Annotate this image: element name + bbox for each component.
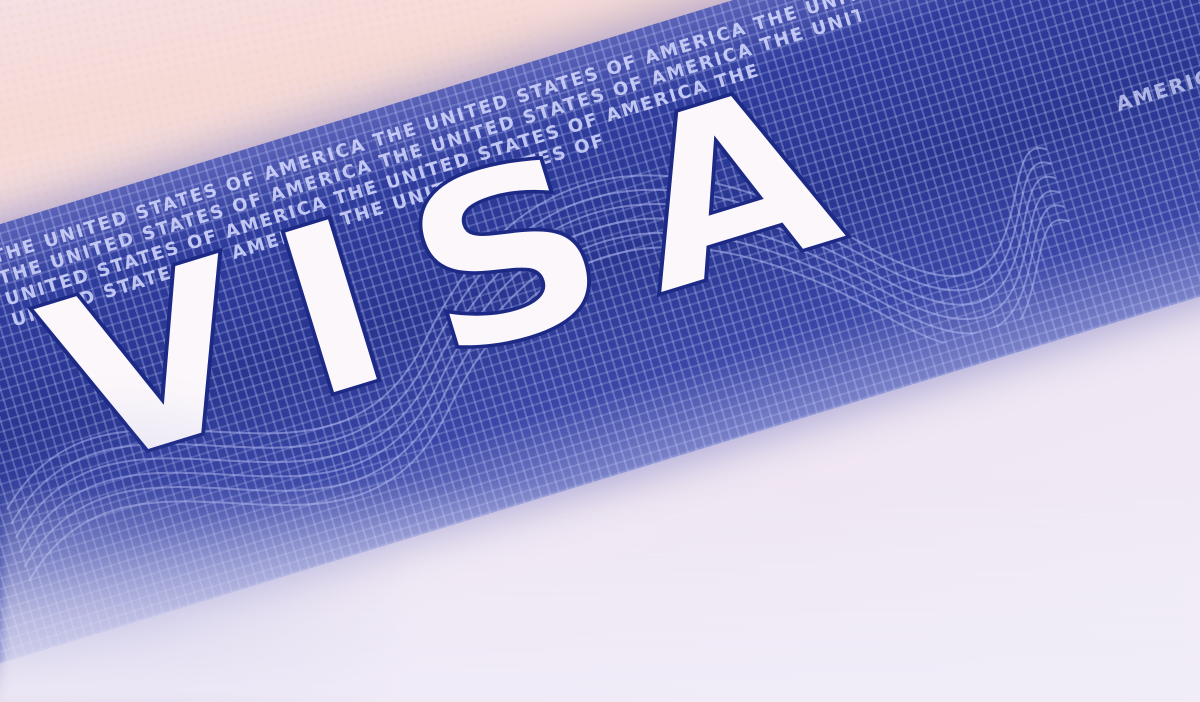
depth-blur-lower (0, 480, 1200, 702)
visa-photo: THE UNITED STATES OF AMERICA THE UNITED … (0, 0, 1200, 702)
